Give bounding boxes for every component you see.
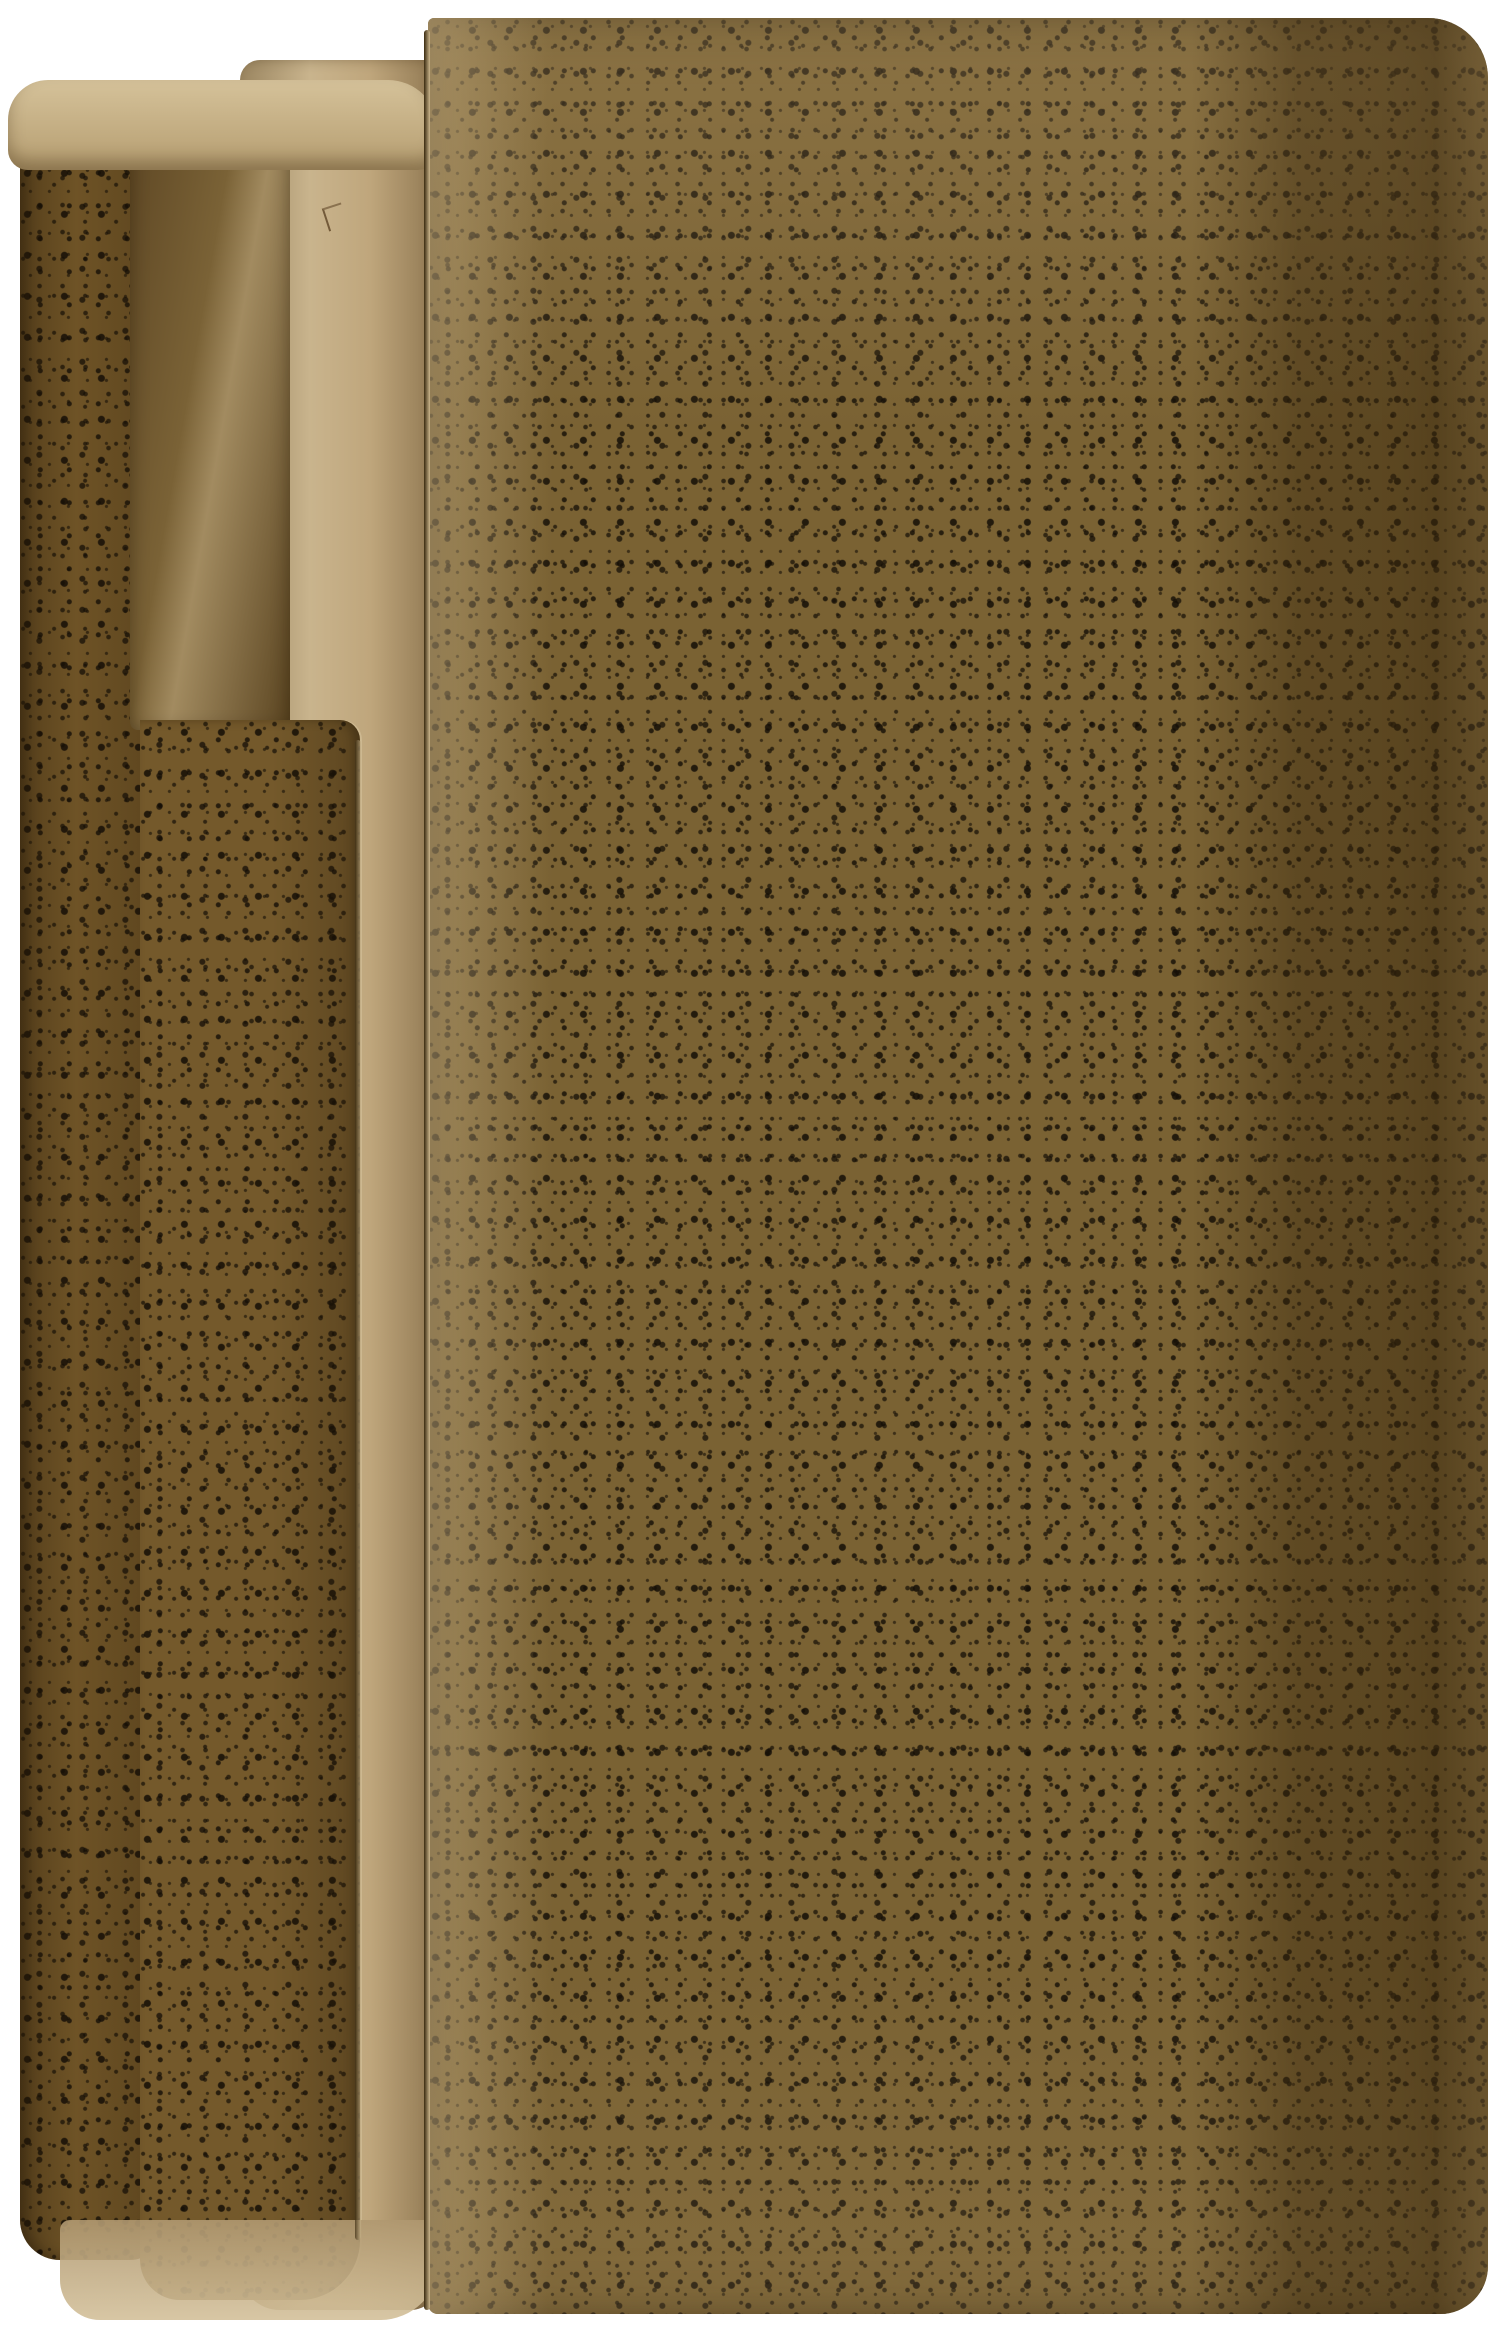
cover-shading xyxy=(428,18,1488,2314)
front-cover xyxy=(428,18,1488,2314)
spine-head-cap xyxy=(8,80,438,170)
spine-board-edge xyxy=(355,740,361,2240)
cover-worn-edge xyxy=(428,18,548,2314)
spine-tail-fray xyxy=(60,2220,440,2320)
book-photo xyxy=(0,0,1492,2334)
cover-hinge-crease xyxy=(424,30,430,2310)
spine-detached-board xyxy=(140,720,360,2300)
spine-mid-board-shading xyxy=(140,720,360,2300)
spine-torn-fragment xyxy=(130,110,290,730)
